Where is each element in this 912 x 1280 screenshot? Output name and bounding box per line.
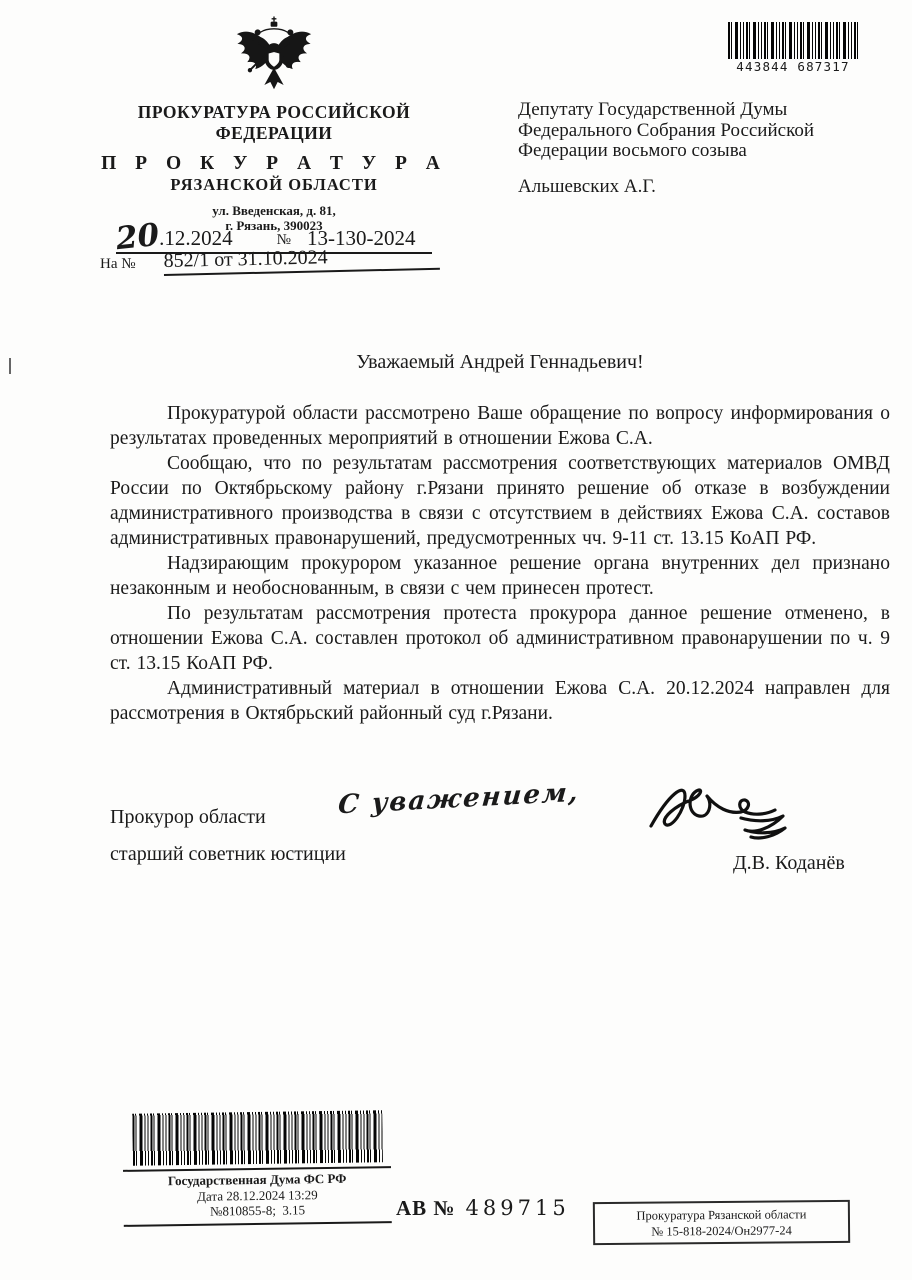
recipient-line: Федерального Собрания Российской [518, 121, 892, 142]
barcode-digits: 443844 687317 [728, 59, 858, 74]
recipient-name: Альшевских А.Г. [518, 177, 892, 198]
barcode-icon [728, 22, 858, 62]
recipient-line: Федерации восьмого созыва [518, 141, 892, 162]
letterhead-address-line1: ул. Введенская, д. 81, [88, 204, 460, 219]
recipient-line: Депутату Государственной Думы [518, 100, 892, 121]
recipient-block: Депутату Государственной Думы Федерально… [518, 100, 892, 197]
handwritten-signature-icon [645, 780, 805, 846]
form-number: АВ №489715 [396, 1196, 570, 1221]
registration-stamp-number: № 15-818-2024/Он2977-24 [595, 1222, 848, 1240]
body-paragraph: Административный материал в отношении Еж… [110, 676, 890, 726]
handwritten-date-day: 20 [115, 222, 161, 252]
in-reply-label: На № [100, 254, 136, 276]
duma-stamp-text: Государственная Дума ФС РФ Дата 28.12.20… [123, 1166, 392, 1226]
reference-block: 20.12.2024 № 13-130-2024 На № 852/1 от 3… [100, 224, 460, 276]
letterhead-org-line2: ФЕДЕРАЦИИ [88, 123, 460, 144]
postal-barcode: 443844 687317 [728, 22, 858, 74]
letter-body: Уважаемый Андрей Геннадьевич! Прокуратур… [110, 350, 890, 726]
form-digits: 489715 [466, 1196, 570, 1220]
letterhead-office-line1: П Р О К У Р А Т У Р А [88, 153, 460, 175]
signer-position-line1: Прокурор области [110, 806, 266, 829]
signer-name: Д.В. Коданёв [733, 852, 845, 875]
body-paragraph: Прокуратурой области рассмотрено Ваше об… [110, 401, 890, 451]
body-paragraph: Сообщаю, что по результатам рассмотрения… [110, 451, 890, 551]
duma-stamp-number: №810855-8; 3.15 [123, 1201, 391, 1220]
handwritten-closing: С уважением, [337, 778, 581, 821]
registration-stamp: Прокуратура Рязанской области № 15-818-2… [593, 1200, 850, 1245]
scan-artifact [9, 358, 11, 374]
duma-barcode-icon [132, 1110, 383, 1165]
salutation: Уважаемый Андрей Геннадьевич! [110, 350, 890, 375]
reply-reference-row: На № 852/1 от 31.10.2024 [100, 254, 440, 276]
coat-of-arms-icon [231, 12, 317, 94]
letterhead-office-line2: РЯЗАНСКОЙ ОБЛАСТИ [88, 175, 460, 194]
form-series: АВ № [396, 1196, 456, 1220]
letter-page: ПРОКУРАТУРА РОССИЙСКОЙ ФЕДЕРАЦИИ П Р О К… [0, 0, 912, 1280]
body-paragraph: По результатам рассмотрения протеста про… [110, 601, 890, 676]
reply-reference-field: 852/1 от 31.10.2024 [163, 244, 440, 276]
letterhead: ПРОКУРАТУРА РОССИЙСКОЙ ФЕДЕРАЦИИ П Р О К… [88, 12, 460, 233]
body-paragraph: Надзирающим прокурором указанное решение… [110, 551, 890, 601]
signer-position-line2: старший советник юстиции [110, 843, 346, 866]
duma-incoming-stamp: Государственная Дума ФС РФ Дата 28.12.20… [122, 1110, 392, 1226]
date-field: .12.2024 [159, 226, 233, 250]
letterhead-org-line1: ПРОКУРАТУРА РОССИЙСКОЙ [88, 102, 460, 123]
